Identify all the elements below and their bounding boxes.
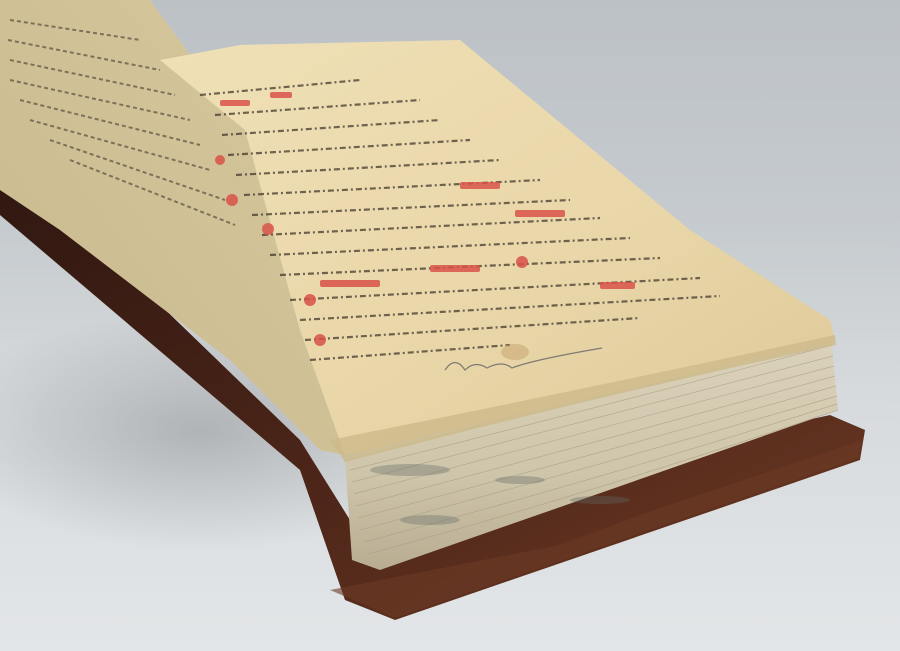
stain xyxy=(501,344,529,360)
book-photo: Ĉiсла Аі xyxy=(0,0,900,651)
book-illustration xyxy=(0,0,900,651)
